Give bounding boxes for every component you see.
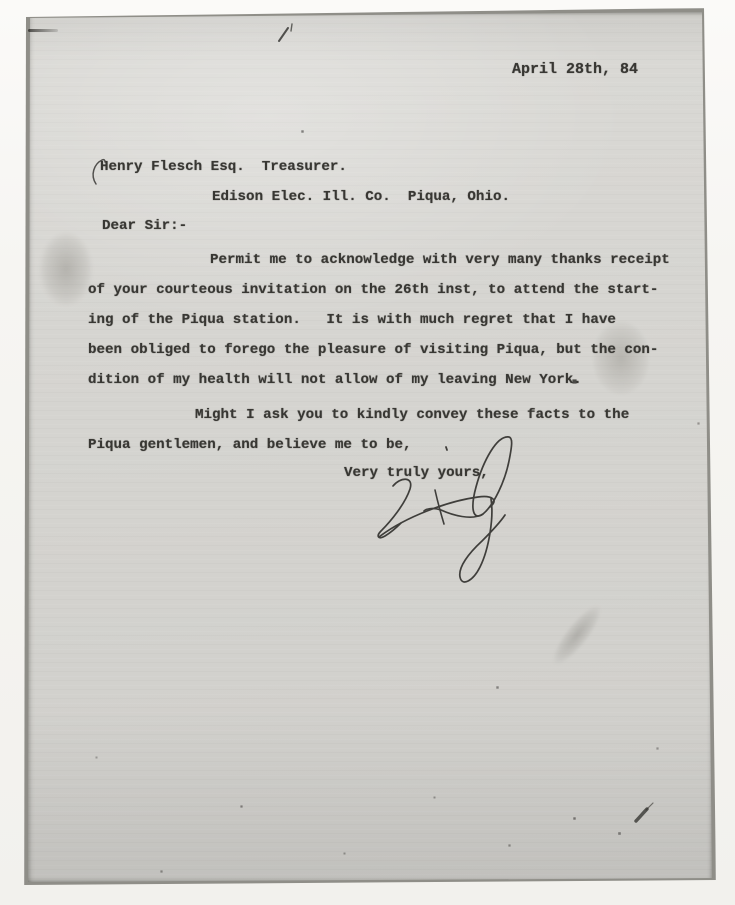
salutation: Dear Sir:-	[102, 216, 187, 236]
body-line: dition of my health will not allow of my…	[88, 370, 582, 390]
recipient-line-1: Henry Flesch Esq. Treasurer.	[100, 157, 347, 177]
letter-date: April 28th, 84	[512, 60, 638, 80]
body-line: Permit me to acknowledge with very many …	[88, 250, 670, 270]
body-line: of your courteous invitation on the 26th…	[88, 280, 658, 300]
body-line: Might I ask you to kindly convey these f…	[88, 405, 629, 425]
scanned-letter-page: April 28th, 84 Henry Flesch Esq. Treasur…	[0, 0, 735, 905]
recipient-line-2: Edison Elec. Ill. Co. Piqua, Ohio.	[212, 187, 510, 207]
letter-text-layer: April 28th, 84 Henry Flesch Esq. Treasur…	[0, 0, 735, 905]
body-line: Piqua gentlemen, and believe me to be,	[88, 435, 412, 455]
closing-valediction: Very truly yours,	[344, 463, 489, 483]
body-line: ing of the Piqua station. It is with muc…	[88, 310, 616, 330]
body-line: been obliged to forego the pleasure of v…	[88, 340, 658, 360]
